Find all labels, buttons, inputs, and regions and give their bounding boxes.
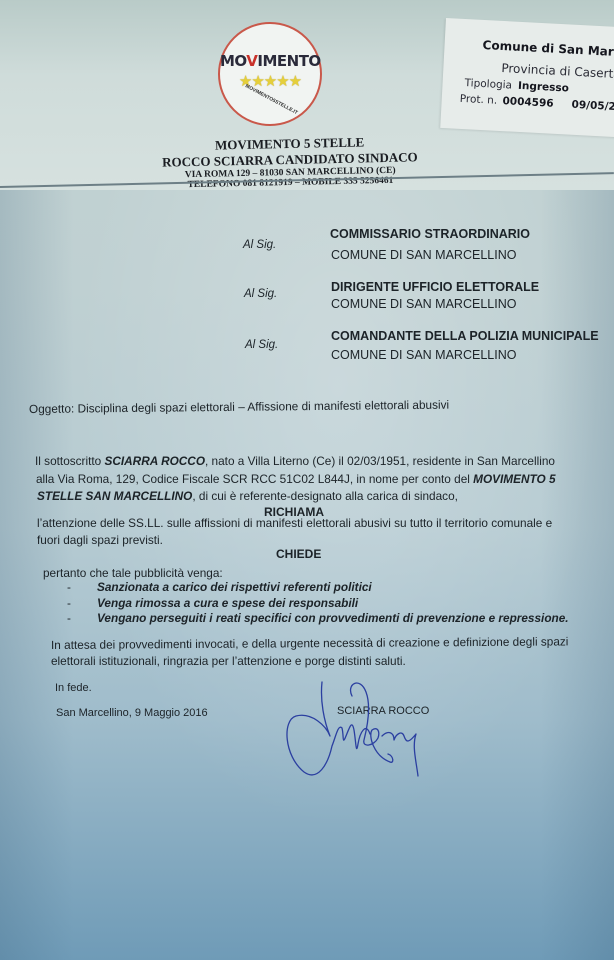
subject-line: Oggetto: Disciplina degli spazi elettora… bbox=[29, 398, 449, 416]
place-date: San Marcellino, 9 Maggio 2016 bbox=[56, 707, 208, 719]
body-line: l’attenzione delle SS.LL. sulle affissio… bbox=[37, 516, 552, 530]
handwritten-signature bbox=[282, 676, 452, 786]
body-line: Il sottoscritto SCIARRA ROCCO, nato a Vi… bbox=[35, 454, 555, 468]
body-line: pertanto che tale pubblicità venga: bbox=[43, 566, 223, 580]
letter-body: Al Sig. COMMISSARIO STRAORDINARIO COMUNE… bbox=[0, 0, 614, 960]
body-line: elettorali istituzionali, ringrazia per … bbox=[51, 654, 406, 668]
recipient-sub: COMUNE DI SAN MARCELLINO bbox=[331, 297, 516, 311]
list-item: -Sanzionata a carico dei rispettivi refe… bbox=[67, 580, 372, 594]
body-line: alla Via Roma, 129, Codice Fiscale SCR R… bbox=[36, 472, 556, 486]
list-item: -Venga rimossa a cura e spese dei respon… bbox=[67, 596, 358, 610]
recipient-sub: COMUNE DI SAN MARCELLINO bbox=[331, 348, 516, 362]
closing: In fede. bbox=[55, 682, 92, 694]
body-line: In attesa dei provvedimenti invocati, e … bbox=[51, 634, 569, 652]
recipient-title: COMMISSARIO STRAORDINARIO bbox=[330, 227, 530, 241]
body-line: STELLE SAN MARCELLINO, di cui è referent… bbox=[37, 489, 458, 503]
recipient-sub: COMUNE DI SAN MARCELLINO bbox=[331, 248, 516, 262]
body-line: fuori dagli spazi previsti. bbox=[37, 533, 163, 547]
recipient-title: COMANDANTE DELLA POLIZIA MUNICIPALE bbox=[331, 329, 599, 343]
recipient-title: DIRIGENTE UFFICIO ELETTORALE bbox=[331, 280, 539, 294]
list-item: -Vengano perseguiti i reati specifici co… bbox=[67, 611, 569, 625]
chiede-heading: CHIEDE bbox=[276, 547, 321, 561]
